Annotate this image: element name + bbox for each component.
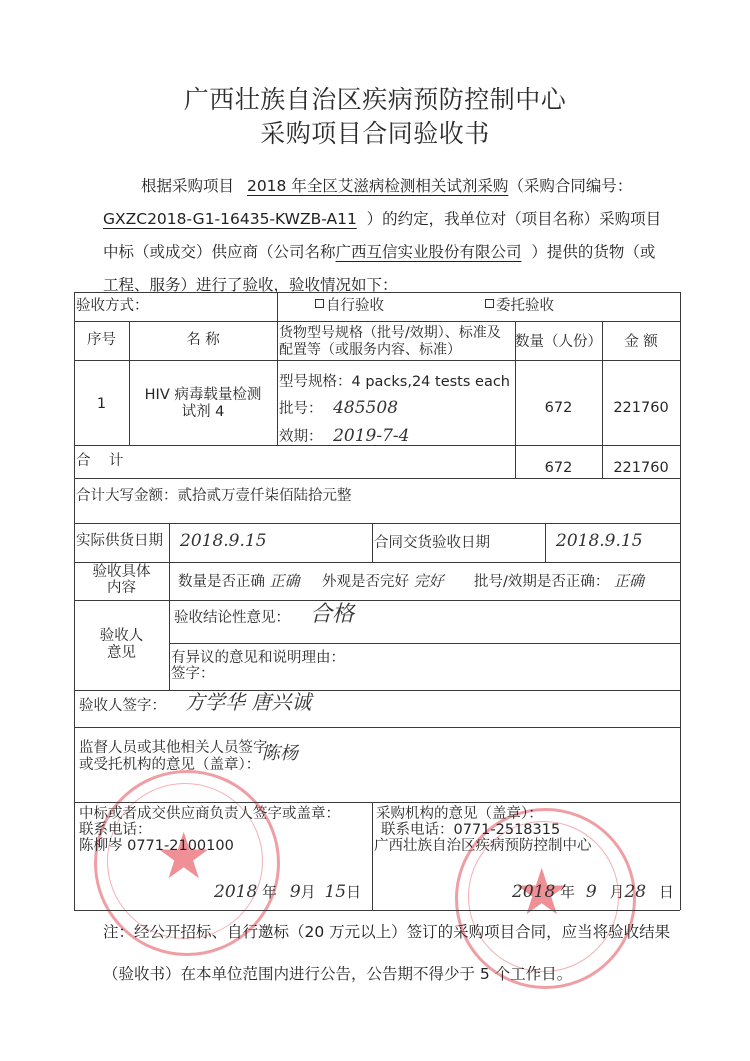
row-seq: 1 [74,396,129,413]
intro-line3-suffix: ）提供的货物（或 [531,243,655,261]
supplier-phone-label: 联系电话： [79,822,152,839]
supervisor-signature: 陈杨 [262,745,298,762]
check-batch-label: 批号/效期是否正确： [474,574,609,590]
footnote-line1: 注：经公开招标、自行邀标（20 万元以上）签订的采购项目合同，应当将验收结果 [103,920,670,942]
total-quantity: 672 [515,460,602,477]
document-title: 采购项目合同验收书 [0,114,750,150]
row-amount: 221760 [602,400,680,417]
supplier-sign-label: 中标或者成交供应商负责人签字或盖章： [79,806,340,823]
project-name: 2018 年全区艾滋病检测相关试剂采购 [247,177,508,195]
intro-line3-prefix: 中标（或成交）供应商（公司名称 [103,243,336,261]
check-appearance-label: 外观是否完好 [322,574,409,590]
row-spec: 型号规格：4 packs,24 tests each [279,374,510,391]
header-seq: 序号 [74,332,129,349]
header-spec-line1: 货物型号规格（批号/效期）、标准及 [279,325,501,342]
supplier-date-year-unit: 年 [262,883,277,901]
row-expiry-label: 效期： [279,429,323,445]
purchaser-date-day: 28 [624,882,646,902]
contract-acceptance-date-label: 合同交货验收日期 [374,535,490,552]
acceptance-document: 广西壮族自治区疾病预防控制中心 采购项目合同验收书 根据采购项目 2018 年全… [0,0,750,1061]
check-batch: 批号/效期是否正确： 正确 [474,573,644,591]
checkbox-entrusted-icon[interactable] [485,299,494,308]
intro-line2: ）的约定，我单位对（项目名称）采购项目 [367,210,662,228]
star-icon: ★ [155,825,212,889]
supplier-date: 2018 年 9月 15日 [214,884,361,901]
details-label-line2: 内容 [74,580,169,597]
header-name: 名 称 [129,332,277,349]
actual-supply-date-value: 2018.9.15 [180,533,267,550]
purchaser-date-month: 9 [586,882,597,902]
supplier-date-day: 15 [324,882,346,902]
purchaser-date-year: 2018 [512,882,555,902]
checkbox-self-icon[interactable] [315,299,324,308]
amount-in-words-value: 贰拾贰万壹仟柒佰陆拾元整 [178,488,352,504]
check-batch-value: 正确 [614,572,644,590]
check-appearance-value: 完好 [414,572,444,590]
check-quantity: 数量是否正确 正确 [178,573,300,591]
row-batch: 批号： 485508 [279,400,398,418]
supplier-name: 广西互信实业股份有限公司 [336,243,522,261]
intro-prefix: 根据采购项目 [141,177,234,195]
method-option-entrusted-label: 委托验收 [496,298,554,314]
method-option-entrusted[interactable]: 委托验收 [485,298,554,315]
check-quantity-value: 正确 [270,572,300,590]
conclusion-label: 验收结论性意见： [174,610,290,627]
purchaser-date-day-unit: 日 [659,883,674,901]
method-option-self-label: 自行验收 [326,298,384,314]
check-appearance: 外观是否完好 完好 [322,573,444,591]
objection-sign-label: 签字： [171,666,215,683]
opinion-label-line1: 验收人 [74,628,169,645]
row-name-line1: HIV 病毒载量检测 [129,387,277,404]
supplier-date-day-unit: 日 [346,883,361,901]
amount-in-words-label: 合计大写金额： [76,488,178,504]
purchaser-phone: 联系电话：0771-2518315 [381,822,560,839]
check-quantity-label: 数量是否正确 [178,574,265,590]
row-batch-label: 批号： [279,401,323,417]
conclusion-value: 合格 [310,606,354,623]
method-option-self[interactable]: 自行验收 [315,298,384,315]
row-expiry-value: 2019-7-4 [333,426,409,446]
purchaser-organization: 广西壮族自治区疾病预防控制中心 [374,838,592,855]
intro-contract-label: （采购合同编号： [508,177,632,195]
opinion-label-line2: 意见 [74,645,169,662]
supervisor-label-line2: 或受托机构的意见（盖章）： [79,757,260,774]
amount-in-words-row: 合计大写金额：贰拾贰万壹仟柒佰陆拾元整 [76,488,352,505]
details-label-line1: 验收具体 [74,564,169,581]
total-label: 合 计 [76,453,123,470]
footnote-line2: （验收书）在本单位范围内进行公告，公告期不得少于 5 个工作日。 [103,962,572,984]
supervisor-label-line1: 监督人员或其他相关人员签字： [79,740,282,757]
contract-acceptance-date-value: 2018.9.15 [556,533,643,550]
document-title-organization: 广西壮族自治区疾病预防控制中心 [0,80,750,116]
header-spec-line2: 配置等（或服务内容、标准） [279,342,461,359]
header-quantity: 数量（人份） [515,334,602,351]
purchaser-date-year-unit: 年 [560,883,575,901]
row-quantity: 672 [515,400,602,417]
total-amount: 221760 [602,460,680,477]
contract-number: GXZC2018-G1-16435-KWZB-A11 [103,210,357,228]
acceptance-method-label: 验收方式： [76,298,149,315]
purchaser-date-month-unit: 月 [609,883,624,901]
row-name-line2: 试剂 4 [129,404,277,421]
supplier-contact: 陈柳岑 0771-2100100 [79,838,234,855]
inspector-signatures: 方学华 唐兴诚 [185,694,311,711]
inspector-sign-label: 验收人签字： [79,698,166,715]
row-expiry: 效期： 2019-7-4 [279,428,410,446]
supplier-date-month-unit: 月 [301,883,316,901]
actual-supply-date-label: 实际供货日期 [76,533,163,550]
objection-label: 有异议的意见和说明理由： [171,650,345,667]
purchaser-opinion-label: 采购机构的意见（盖章）： [376,806,543,823]
supplier-date-month: 9 [290,882,301,902]
supplier-date-year: 2018 [214,882,257,902]
purchaser-date: 2018 年 9 月28 日 [512,884,674,901]
row-batch-value: 485508 [333,398,398,418]
header-amount: 金 额 [602,334,680,351]
